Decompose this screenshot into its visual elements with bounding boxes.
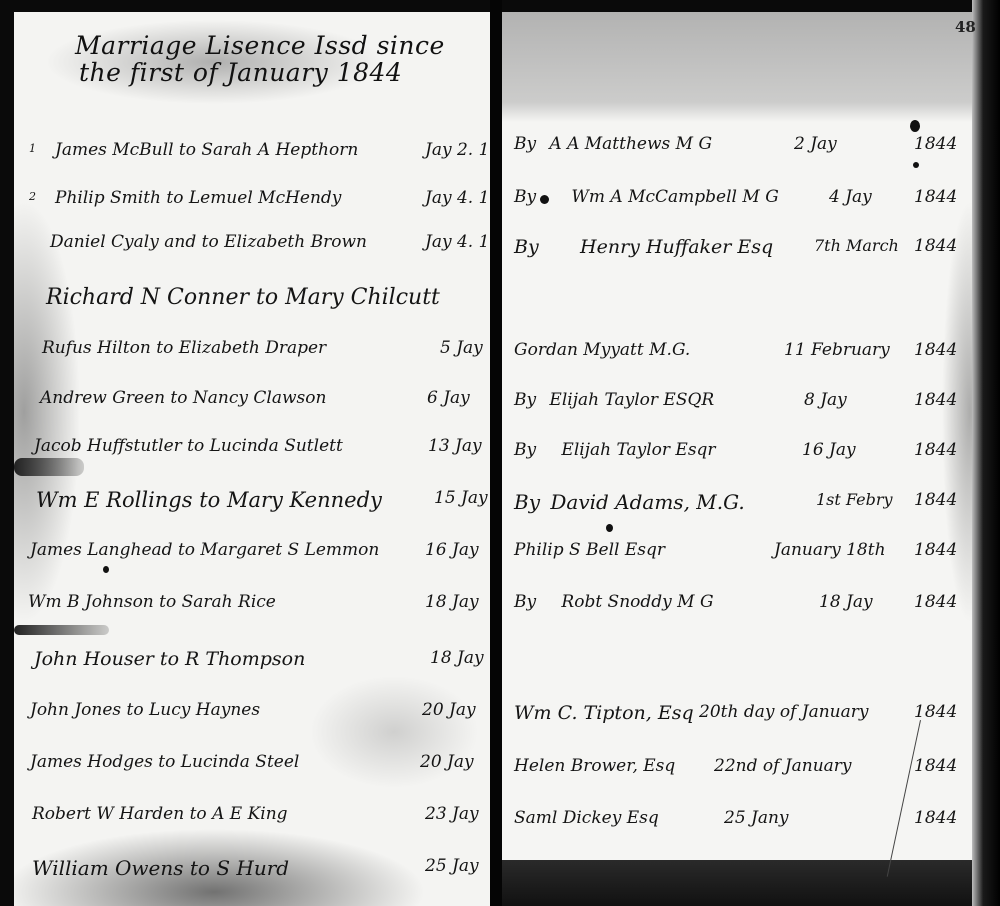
marriage-year: 1844 xyxy=(914,540,957,560)
ink-blot xyxy=(913,162,919,168)
couple-names: Wm B Johnson to Sarah Rice xyxy=(28,592,276,612)
couple-names: Philip Smith to Lemuel McHendy xyxy=(55,188,341,208)
marriage-year: 1844 xyxy=(914,490,957,510)
license-date: 5 Jay xyxy=(440,338,483,358)
book-binding-gutter xyxy=(490,0,502,906)
license-entry: James Hodges to Lucinda Steel 20 Jay xyxy=(30,752,299,772)
license-date: 15 Jay xyxy=(434,488,488,508)
ink-blot xyxy=(103,566,109,573)
license-entry: Jacob Huffstutler to Lucinda Sutlett 13 … xyxy=(34,436,343,456)
couple-names: John Houser to R Thompson xyxy=(34,648,305,670)
license-date: Jay 2. 1 xyxy=(425,140,489,160)
license-date: 25 Jay xyxy=(425,856,479,876)
marriage-year: 1844 xyxy=(914,236,957,256)
officiant-name: Elijah Taylor Esqr xyxy=(549,440,715,460)
couple-names: Robert W Harden to A E King xyxy=(32,804,288,824)
officiant-entry: By Elijah Taylor Esqr 16 Jay 1844 xyxy=(514,440,964,460)
officiant-entry: By Henry Huffaker Esq 7th March 1844 xyxy=(514,236,964,258)
by-label: By xyxy=(514,440,544,460)
license-entry: Robert W Harden to A E King 23 Jay xyxy=(32,804,288,824)
by-label: By xyxy=(514,490,544,514)
license-entry: 1 James McBull to Sarah A Hepthorn Jay 2… xyxy=(55,140,358,160)
couple-names: Richard N Conner to Mary Chilcutt xyxy=(46,285,440,310)
marriage-year: 1844 xyxy=(914,134,957,154)
officiant-entry: Wm C. Tipton, Esq 20th day of January 18… xyxy=(514,702,964,724)
license-date: 13 Jay xyxy=(428,436,482,456)
license-entry: John Houser to R Thompson 18 Jay xyxy=(34,648,305,670)
marriage-date: 16 Jay xyxy=(802,440,856,460)
officiant-entry: By Elijah Taylor ESQR 8 Jay 1844 xyxy=(514,390,964,410)
officiant-name: Helen Brower, Esq xyxy=(514,756,675,776)
officiant-name: Gordan Myyatt M.G. xyxy=(514,340,690,360)
couple-names: Rufus Hilton to Elizabeth Draper xyxy=(42,338,326,358)
license-entry: Rufus Hilton to Elizabeth Draper 5 Jay xyxy=(42,338,326,358)
by-label: By xyxy=(514,390,544,410)
couple-names: Wm E Rollings to Mary Kennedy xyxy=(36,488,382,512)
by-label: By xyxy=(514,592,544,612)
by-label: By xyxy=(514,134,544,154)
officiant-entry: Philip S Bell Esqr January 18th 1844 xyxy=(514,540,964,560)
ink-blot xyxy=(910,120,920,132)
marriage-year: 1844 xyxy=(914,440,957,460)
officiant-entry: Gordan Myyatt M.G. 11 February 1844 xyxy=(514,340,964,360)
marriage-date: 25 Jany xyxy=(724,808,789,828)
marriage-date: 2 Jay xyxy=(794,134,837,154)
license-entry: John Jones to Lucy Haynes 20 Jay xyxy=(30,700,260,720)
license-date: 20 Jay xyxy=(422,700,476,720)
marriage-date: 7th March xyxy=(814,236,899,255)
officiant-entry: By Robt Snoddy M G 18 Jay 1844 xyxy=(514,592,964,612)
officiant-name: Robt Snoddy M G xyxy=(549,592,713,612)
marriage-date: 1st Febry xyxy=(816,490,893,509)
marriage-date: January 18th xyxy=(774,540,886,560)
license-entry: Richard N Conner to Mary Chilcutt xyxy=(46,285,440,310)
marriage-date: 22nd of January xyxy=(714,756,852,776)
marriage-year: 1844 xyxy=(914,702,957,722)
officiant-name: Elijah Taylor ESQR xyxy=(549,390,714,410)
license-date: 23 Jay xyxy=(425,804,479,824)
marriage-date: 20th day of January xyxy=(699,702,869,722)
couple-names: Jacob Huffstutler to Lucinda Sutlett xyxy=(34,436,343,456)
marriage-year: 1844 xyxy=(914,756,957,776)
by-label: By xyxy=(514,236,544,258)
license-date: 20 Jay xyxy=(420,752,474,772)
marriage-year: 1844 xyxy=(914,340,957,360)
marriage-date: 18 Jay xyxy=(819,592,873,612)
marriage-year: 1844 xyxy=(914,187,957,207)
license-entry: James Langhead to Margaret S Lemmon 16 J… xyxy=(30,540,379,560)
marriage-year: 1844 xyxy=(914,390,957,410)
license-date: 16 Jay xyxy=(425,540,479,560)
couple-names: James Hodges to Lucinda Steel xyxy=(30,752,299,772)
couple-names: James Langhead to Margaret S Lemmon xyxy=(30,540,379,560)
officiant-name: David Adams, M.G. xyxy=(550,490,744,514)
license-entry: William Owens to S Hurd 25 Jay xyxy=(32,856,289,880)
page-edge-shadow xyxy=(972,0,1000,906)
page-number: 48 xyxy=(955,18,976,36)
officiant-entry: By A A Matthews M G 2 Jay 1844 xyxy=(514,134,964,154)
officiant-name: Philip S Bell Esqr xyxy=(514,540,665,560)
couple-names: Andrew Green to Nancy Clawson xyxy=(40,388,326,408)
couple-names: James McBull to Sarah A Hepthorn xyxy=(55,140,358,160)
ink-smudge xyxy=(14,458,84,476)
heading-line-1: Marriage Lisence Issd since xyxy=(75,32,495,59)
couple-names: William Owens to S Hurd xyxy=(32,856,289,880)
officiant-entry: By David Adams, M.G. 1st Febry 1844 xyxy=(514,490,964,514)
ink-smudge xyxy=(14,625,109,635)
heading-line-2: the first of January 1844 xyxy=(75,59,495,86)
marriage-date: 11 February xyxy=(784,340,890,360)
marriage-date: 4 Jay xyxy=(829,187,872,207)
license-entry: Wm E Rollings to Mary Kennedy 15 Jay xyxy=(36,488,382,512)
marriage-date: 8 Jay xyxy=(804,390,847,410)
license-entry: 2 Philip Smith to Lemuel McHendy Jay 4. … xyxy=(55,188,341,208)
by-label: By xyxy=(514,187,544,207)
officiant-name: Wm A McCampbell M G xyxy=(549,187,778,207)
officiant-name: Saml Dickey Esq xyxy=(514,808,659,828)
officiant-entry: By Wm A McCampbell M G 4 Jay 1844 xyxy=(514,187,964,207)
officiant-name: Henry Huffaker Esq xyxy=(550,236,773,258)
entry-marker: 2 xyxy=(29,190,36,203)
couple-names: Daniel Cyaly and to Elizabeth Brown xyxy=(50,232,367,252)
license-date: Jay 4. 1 xyxy=(425,188,489,208)
license-date: 6 Jay xyxy=(427,388,470,408)
license-date: Jay 4. 1 xyxy=(425,232,489,252)
license-entry: Wm B Johnson to Sarah Rice 18 Jay xyxy=(28,592,276,612)
marriage-year: 1844 xyxy=(914,808,957,828)
officiant-name: Wm C. Tipton, Esq xyxy=(514,702,694,724)
license-date: 18 Jay xyxy=(430,648,484,668)
license-date: 18 Jay xyxy=(425,592,479,612)
license-entry: Daniel Cyaly and to Elizabeth Brown Jay … xyxy=(50,232,367,252)
register-heading: Marriage Lisence Issd since the first of… xyxy=(75,32,495,86)
license-entry: Andrew Green to Nancy Clawson 6 Jay xyxy=(40,388,326,408)
entry-marker: 1 xyxy=(29,142,36,155)
couple-names: John Jones to Lucy Haynes xyxy=(30,700,260,720)
officiant-name: A A Matthews M G xyxy=(549,134,712,154)
marriage-year: 1844 xyxy=(914,592,957,612)
page-bottom-shadow xyxy=(502,860,972,906)
ink-blot xyxy=(606,524,613,532)
officiant-entry: Helen Brower, Esq 22nd of January 1844 xyxy=(514,756,964,776)
